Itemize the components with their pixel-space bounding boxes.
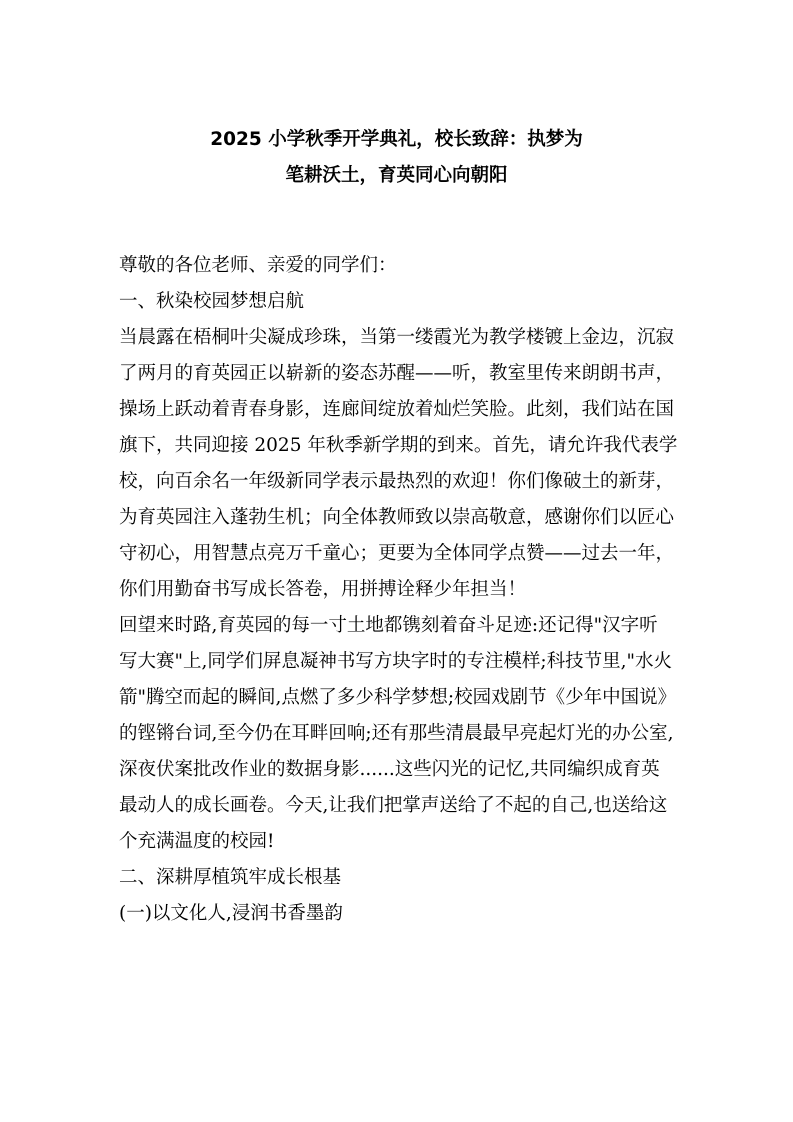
paragraph-1: 当晨露在梧桐叶尖凝成珍珠，当第一缕霞光为教学楼镀上金边，沉寂 了两月的育英园正以…: [119, 320, 679, 608]
paragraph-line: 个充满温度的校园!: [119, 824, 679, 860]
paragraph-line: 守初心，用智慧点亮万千童心；更要为全体同学点赞——过去一年，: [119, 536, 679, 572]
paragraph-line: 回望来时路,育英园的每一寸土地都镌刻着奋斗足迹:还记得"汉字听: [119, 608, 679, 644]
paragraph-line: 写大赛"上,同学们屏息凝神书写方块字时的专注模样;科技节里,"水火: [119, 644, 679, 680]
salutation: 尊敬的各位老师、亲爱的同学们：: [119, 248, 679, 284]
title-line-1: 2025 小学秋季开学典礼，校长致辞：执梦为: [0, 122, 793, 158]
paragraph-line: 校，向百余名一年级新同学表示最热烈的欢迎！你们像破土的新芽，: [119, 464, 679, 500]
document-body: 尊敬的各位老师、亲爱的同学们： 一、秋染校园梦想启航 当晨露在梧桐叶尖凝成珍珠，…: [119, 248, 679, 932]
paragraph-line: 旗下，共同迎接 2025 年秋季新学期的到来。首先，请允许我代表学: [119, 428, 679, 464]
paragraph-line: 你们用勤奋书写成长答卷，用拼搏诠释少年担当！: [119, 572, 679, 608]
paragraph-line: 了两月的育英园正以崭新的姿态苏醒——听，教室里传来朗朗书声，: [119, 356, 679, 392]
paragraph-line: 深夜伏案批改作业的数据身影......这些闪光的记忆,共同编织成育英: [119, 752, 679, 788]
paragraph-line: 操场上跃动着青春身影，连廊间绽放着灿烂笑脸。此刻，我们站在国: [119, 392, 679, 428]
paragraph-line: 最动人的成长画卷。今天,让我们把掌声送给了不起的自己,也送给这: [119, 788, 679, 824]
paragraph-line: 箭"腾空而起的瞬间,点燃了多少科学梦想;校园戏剧节《少年中国说》: [119, 680, 679, 716]
paragraph-line: 为育英园注入蓬勃生机；向全体教师致以崇高敬意，感谢你们以匠心: [119, 500, 679, 536]
section-heading-1: 一、秋染校园梦想启航: [119, 284, 679, 320]
title-line-2: 笔耕沃土，育英同心向朝阳: [0, 158, 793, 194]
paragraph-line: 的铿锵台词,至今仍在耳畔回响;还有那些清晨最早亮起灯光的办公室,: [119, 716, 679, 752]
paragraph-line: 当晨露在梧桐叶尖凝成珍珠，当第一缕霞光为教学楼镀上金边，沉寂: [119, 320, 679, 356]
document-title: 2025 小学秋季开学典礼，校长致辞：执梦为 笔耕沃土，育英同心向朝阳: [0, 122, 793, 194]
subsection-heading: (一)以文化人,浸润书香墨韵: [119, 896, 679, 932]
paragraph-2: 回望来时路,育英园的每一寸土地都镌刻着奋斗足迹:还记得"汉字听 写大赛"上,同学…: [119, 608, 679, 860]
section-heading-2: 二、深耕厚植筑牢成长根基: [119, 860, 679, 896]
